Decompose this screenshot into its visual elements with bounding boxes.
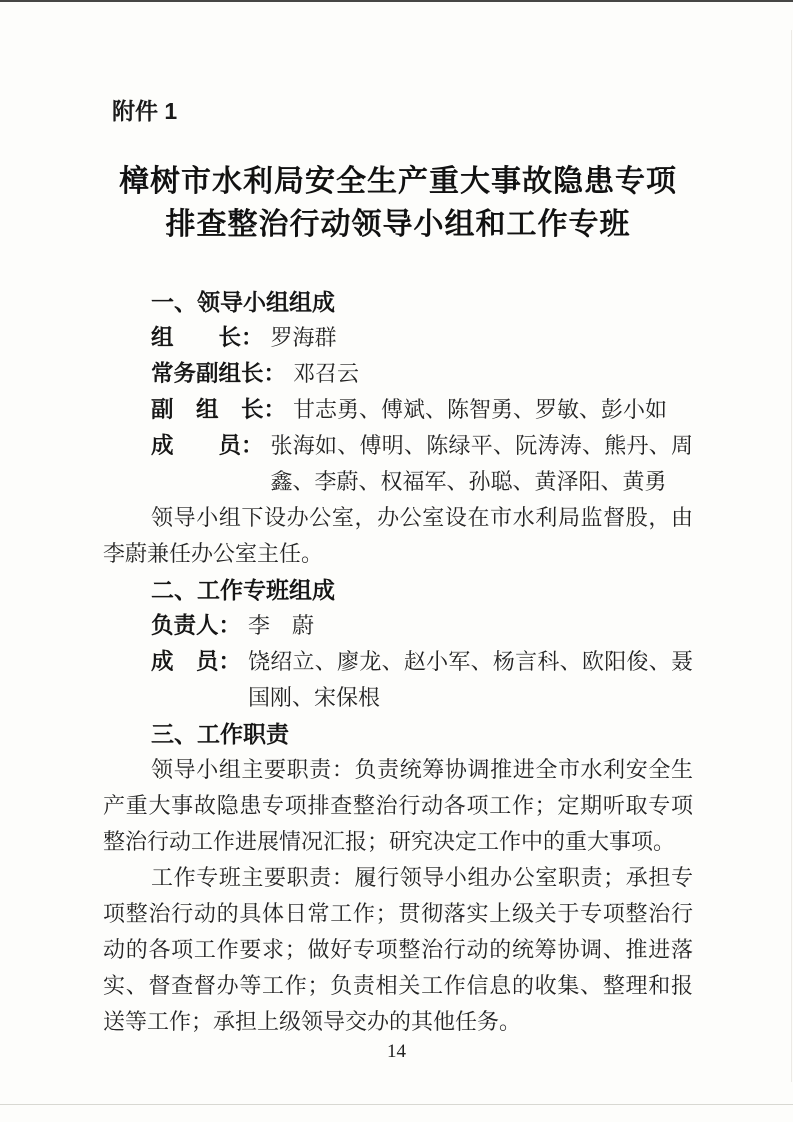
- section-heading-work-team: 二、工作专班组成: [151, 572, 693, 608]
- page-number: 14: [0, 1041, 793, 1063]
- kv-value-group-leader: 罗海群: [271, 320, 693, 356]
- kv-row-executive-deputy-leader: 常务副组长： 邓召云: [151, 356, 693, 392]
- section-heading-duties: 三、工作职责: [151, 716, 693, 752]
- document-title: 樟树市水利局安全生产重大事故隐患专项 排查整治行动领导小组和工作专班: [103, 160, 693, 246]
- kv-label-group-leader: 组 长：: [151, 320, 264, 356]
- kv-value-deputy-leaders: 甘志勇、傅斌、陈智勇、罗敏、彭小如: [293, 392, 693, 428]
- scan-bottom-edge: [0, 1104, 793, 1105]
- kv-label-work-team-head: 负责人：: [151, 608, 241, 644]
- page-content: 附件 1 樟树市水利局安全生产重大事故隐患专项 排查整治行动领导小组和工作专班 …: [0, 0, 793, 1040]
- kv-value-work-team-head: 李 蔚: [248, 608, 693, 644]
- kv-row-group-leader: 组 长： 罗海群: [151, 320, 693, 356]
- attachment-label: 附件 1: [112, 96, 693, 126]
- kv-label-work-team-members: 成 员：: [151, 644, 241, 716]
- office-setup-paragraph: 领导小组下设办公室，办公室设在市水利局监督股，由李蔚兼任办公室主任。: [103, 500, 693, 572]
- document-page: 附件 1 樟树市水利局安全生产重大事故隐患专项 排查整治行动领导小组和工作专班 …: [0, 0, 793, 1122]
- document-title-line-2: 排查整治行动领导小组和工作专班: [103, 203, 693, 246]
- section-heading-leading-group: 一、领导小组组成: [151, 284, 693, 320]
- duties-paragraph-work-team: 工作专班主要职责：履行领导小组办公室职责；承担专项整治行动的具体日常工作；贯彻落…: [103, 860, 693, 1040]
- kv-row-work-team-head: 负责人： 李 蔚: [151, 608, 693, 644]
- kv-value-work-team-members: 饶绍立、廖龙、赵小军、杨言科、欧阳俊、聂国刚、宋保根: [248, 644, 693, 716]
- kv-value-leading-group-members: 张海如、傅明、陈绿平、阮涛涛、熊丹、周鑫、李蔚、权福军、孙聪、黄泽阳、黄勇: [271, 428, 693, 500]
- duties-paragraph-leading-group: 领导小组主要职责：负责统筹协调推进全市水利安全生产重大事故隐患专项排查整治行动各…: [103, 752, 693, 860]
- document-title-line-1: 樟树市水利局安全生产重大事故隐患专项: [103, 160, 693, 203]
- kv-label-deputy-leaders: 副 组 长：: [151, 392, 286, 428]
- kv-label-leading-group-members: 成 员：: [151, 428, 264, 500]
- kv-row-work-team-members: 成 员： 饶绍立、廖龙、赵小军、杨言科、欧阳俊、聂国刚、宋保根: [151, 644, 693, 716]
- kv-value-executive-deputy-leader: 邓召云: [293, 356, 693, 392]
- kv-row-leading-group-members: 成 员： 张海如、傅明、陈绿平、阮涛涛、熊丹、周鑫、李蔚、权福军、孙聪、黄泽阳、…: [151, 428, 693, 500]
- kv-row-deputy-leaders: 副 组 长： 甘志勇、傅斌、陈智勇、罗敏、彭小如: [151, 392, 693, 428]
- kv-label-executive-deputy-leader: 常务副组长：: [151, 356, 286, 392]
